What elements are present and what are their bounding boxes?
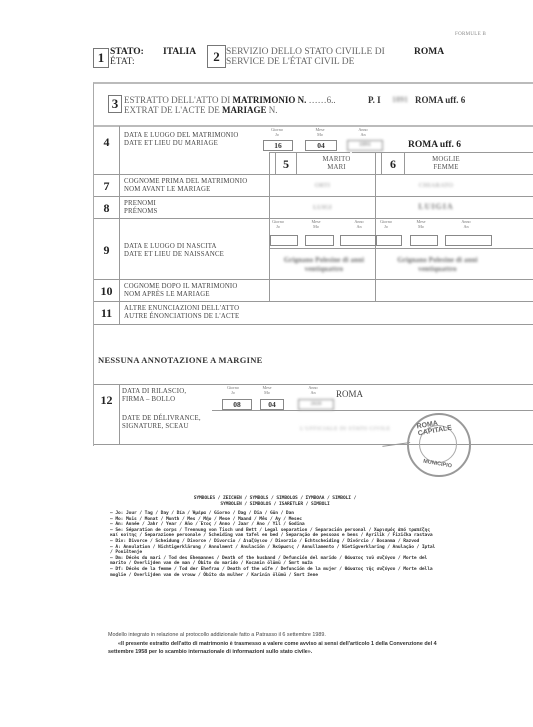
day-caption-fr: Jo <box>376 225 396 230</box>
issue-month: 04 <box>260 399 284 410</box>
footer-note: Modello integrato in relazione al protoc… <box>108 631 448 656</box>
husband-header: MARITOMARI <box>298 156 375 172</box>
month-caption: MeseMo <box>305 220 327 229</box>
symbol-death-wife: — Df: Décès de la femme / Tod der Ehefra… <box>110 567 440 578</box>
extract-label-fr: EXTRAT DE L'ACTE DE <box>124 105 222 115</box>
husband-birth-month <box>305 235 334 246</box>
day-caption: GiornoJo <box>222 386 244 395</box>
wife-first-name: LUIGIA <box>376 203 496 211</box>
marriage-month: 04 <box>305 140 337 151</box>
month-caption: MeseMo <box>305 128 335 137</box>
husband-birth-year <box>340 235 376 246</box>
divider <box>94 324 533 325</box>
act-office: ROMA uff. 6 <box>415 95 465 105</box>
civil-service-label-fr: SERVICE DE L'ÉTAT CIVIL DE <box>226 57 385 67</box>
divider <box>270 152 350 153</box>
act-number: ……6.. <box>306 95 335 105</box>
wife-header-fr: FEMME <box>406 164 486 172</box>
birth-date-label-it: DATA E LUOGO DI NASCITA <box>124 243 224 251</box>
marriage-date-label-fr: DATE ET LIEU DU MARIAGE <box>124 140 238 148</box>
year-caption-fr: An <box>302 391 324 396</box>
official-seal: ROMA CAPITALE MUNICIPIO <box>407 413 471 477</box>
divider <box>212 410 533 411</box>
husband-first-name: LUIGI <box>270 204 375 212</box>
marriage-date-label-it: DATA E LUOGO DEL MATRIMONIO <box>124 132 238 140</box>
first-names-label: PRENOMIPRÉNOMS <box>124 200 158 216</box>
column-divider <box>119 126 120 324</box>
state-value: ITALIA <box>163 47 196 57</box>
day-caption: GiornoJo <box>376 220 396 229</box>
issue-place: ROMA <box>336 389 363 399</box>
wife-birth-year <box>445 235 492 246</box>
surname-after-label-it: COGNOME DOPO IL MATRIMONIO <box>124 283 238 291</box>
delivery-label-fr-2: SIGNATURE, SCEAU <box>122 423 201 431</box>
month-caption-fr: Mo <box>256 391 278 396</box>
row-number-4: 4 <box>94 135 119 150</box>
divider <box>94 301 533 302</box>
first-names-label-it: PRENOMI <box>124 200 158 208</box>
other-statements-label-it: ALTRE ENUNCIAZIONI DELL'ATTO <box>124 305 239 313</box>
divider <box>270 248 533 249</box>
symbol-separation: — Se: Séparation de corps / Trennung von… <box>110 528 440 539</box>
day-caption-fr: Jo <box>222 391 244 396</box>
row-number-9: 9 <box>94 243 119 258</box>
year-caption: AnnoAn <box>455 220 477 229</box>
symbols-title-line-2: SYMBOLEN / SIMBOLOS / ISARETLER / SIMBOL… <box>110 502 440 508</box>
extract-label-it: ESTRATTO DELL'ATTO DI <box>124 95 233 105</box>
act-year: 1891 <box>392 95 408 105</box>
part-label: P. I <box>368 95 381 105</box>
month-caption: MeseMo <box>410 220 432 229</box>
row-number-12: 12 <box>94 393 119 408</box>
month-caption-fr: Mo <box>410 225 432 230</box>
row-number-5: 5 <box>277 157 295 172</box>
other-statements-label-fr: AUTRE ÉNONCIATIONS DE L'ACTE <box>124 313 239 321</box>
wife-birth-place: Grignano Polesine di anni ventiquattro <box>380 256 495 274</box>
box-number-1: 1 <box>93 48 109 68</box>
state-label-fr: ÉTAT: <box>110 57 144 67</box>
surname-after-label: COGNOME DOPO IL MATRIMONIONOM APRÈS LE M… <box>124 283 238 299</box>
extract-label-fr-bold: MARIAGE <box>222 105 267 115</box>
state-label-it: STATO: <box>110 47 144 57</box>
first-names-label-fr: PRÉNOMS <box>124 208 158 216</box>
box-number-2: 2 <box>207 45 226 68</box>
delivery-label-fr-1: DATE DE DÉLIVRANCE, <box>122 415 201 423</box>
marriage-place: ROMA uff. 6 <box>408 140 461 150</box>
column-divider <box>119 384 120 444</box>
surname-before-label-fr: NOM AVANT LE MARIAGE <box>124 186 247 194</box>
civil-officer-title: L'UFFICIALE DI STATO CIVILE <box>300 426 391 432</box>
month-caption-fr: Mo <box>305 133 335 138</box>
footer-protocol-note: Modello integrato in relazione al protoc… <box>108 631 448 640</box>
wife-surname: CHIARATO <box>376 182 496 190</box>
column-divider <box>404 152 405 175</box>
year-caption-fr: An <box>455 225 477 230</box>
year-caption-fr: An <box>348 133 378 138</box>
month-caption-fr: Mo <box>305 225 327 230</box>
year-caption-fr: An <box>348 225 370 230</box>
divider <box>94 196 533 197</box>
box-number-3: 3 <box>108 95 122 113</box>
margin-annotation: NESSUNA ANNOTAZIONE A MARGINE <box>98 355 263 365</box>
symbol-death-husband: — Dm: Décès du mari / Tod des Ehemannes … <box>110 556 440 567</box>
extract-label-it-bold: MATRIMONIO N. <box>233 95 307 105</box>
divider <box>94 279 533 280</box>
year-caption: AnnoAn <box>302 386 324 395</box>
issue-date-label-it-1: DATA DI RILASCIO, <box>122 388 186 396</box>
civil-service-value: ROMA <box>414 47 444 57</box>
row-number-11: 11 <box>94 306 119 321</box>
surname-before-label-it: COGNOME PRIMA DEL MATRIMONIO <box>124 178 247 186</box>
year-caption: AnnoAn <box>348 128 378 137</box>
row-number-7: 7 <box>94 179 119 194</box>
civil-service-label-it: SERVIZIO DELLO STATO CIVILLE DI <box>226 47 385 57</box>
footer-convention-note: «Il presente estratto dell'atto di matri… <box>108 640 448 656</box>
wife-header: MOGLIEFEMME <box>406 156 486 172</box>
symbol-divorce: — Div: Divorce / Scheidung / Divorce / D… <box>110 539 440 545</box>
surname-before-label: COGNOME PRIMA DEL MATRIMONIONOM AVANT LE… <box>124 178 247 194</box>
divider <box>94 174 533 175</box>
marriage-year: 1891 <box>347 140 383 151</box>
issue-year: 2020 <box>298 399 334 410</box>
wife-birth-month <box>410 235 438 246</box>
state-label: STATO: ÉTAT: <box>110 47 144 67</box>
day-caption: GiornoJo <box>262 128 292 137</box>
civil-service-label: SERVIZIO DELLO STATO CIVILLE DI SERVICE … <box>226 47 385 67</box>
symbols-title: SYMBOLES / ZEICHEN / SYMBOLS / SIMBOLOS … <box>110 496 440 507</box>
husband-header-it: MARITO <box>298 156 375 164</box>
row-number-8: 8 <box>94 201 119 216</box>
extract-header: ESTRATTO DELL'ATTO DI MATRIMONIO N. ……6.… <box>124 95 336 115</box>
other-statements-label: ALTRE ENUNCIAZIONI DELL'ATTOAUTRE ÉNONCI… <box>124 305 239 321</box>
column-divider <box>275 152 276 175</box>
symbols-list: — Jo: Jour / Tag / Day / Día / Ἡμέρα / G… <box>110 511 440 578</box>
surname-after-label-fr: NOM APRÈS LE MARIAGE <box>124 291 238 299</box>
birth-date-label: DATA E LUOGO DI NASCITADATE ET LIEU DE N… <box>124 243 224 259</box>
birth-date-label-fr: DATE ET LIEU DE NAISSANCE <box>124 251 224 259</box>
extract-label-fr-n: N. <box>266 105 277 115</box>
husband-birth-place: Grignano Polesine di anni ventiquattro <box>275 256 373 274</box>
day-caption-fr: Jo <box>268 225 288 230</box>
wife-birth-day <box>376 235 402 246</box>
marriage-day: 16 <box>263 140 293 151</box>
husband-surname: ORTI <box>270 182 375 190</box>
column-divider <box>296 152 297 175</box>
divider <box>352 152 533 153</box>
issue-date-label-it-2: FIRMA – BOLLO <box>122 396 186 404</box>
husband-birth-day <box>270 235 298 246</box>
day-caption-fr: Jo <box>262 133 292 138</box>
issue-date-label: DATA DI RILASCIO,FIRMA – BOLLO <box>122 388 186 404</box>
row-number-10: 10 <box>94 284 119 299</box>
row-number-6: 6 <box>383 157 403 172</box>
issue-day: 08 <box>222 399 252 410</box>
day-caption: GiornoJo <box>268 220 288 229</box>
symbol-annulment: — A: Annulation / Nichtigerklärung / Ann… <box>110 545 440 556</box>
divider <box>94 125 533 127</box>
wife-header-it: MOGLIE <box>406 156 486 164</box>
delivery-label: DATE DE DÉLIVRANCE,SIGNATURE, SCEAU <box>122 415 201 431</box>
column-divider <box>381 152 382 175</box>
year-caption: AnnoAn <box>348 220 370 229</box>
husband-header-fr: MARI <box>298 164 375 172</box>
month-caption: MeseMo <box>256 386 278 395</box>
form-code: FORMULE B <box>455 32 486 37</box>
marriage-date-label: DATA E LUOGO DEL MATRIMONIO DATE ET LIEU… <box>124 132 238 148</box>
